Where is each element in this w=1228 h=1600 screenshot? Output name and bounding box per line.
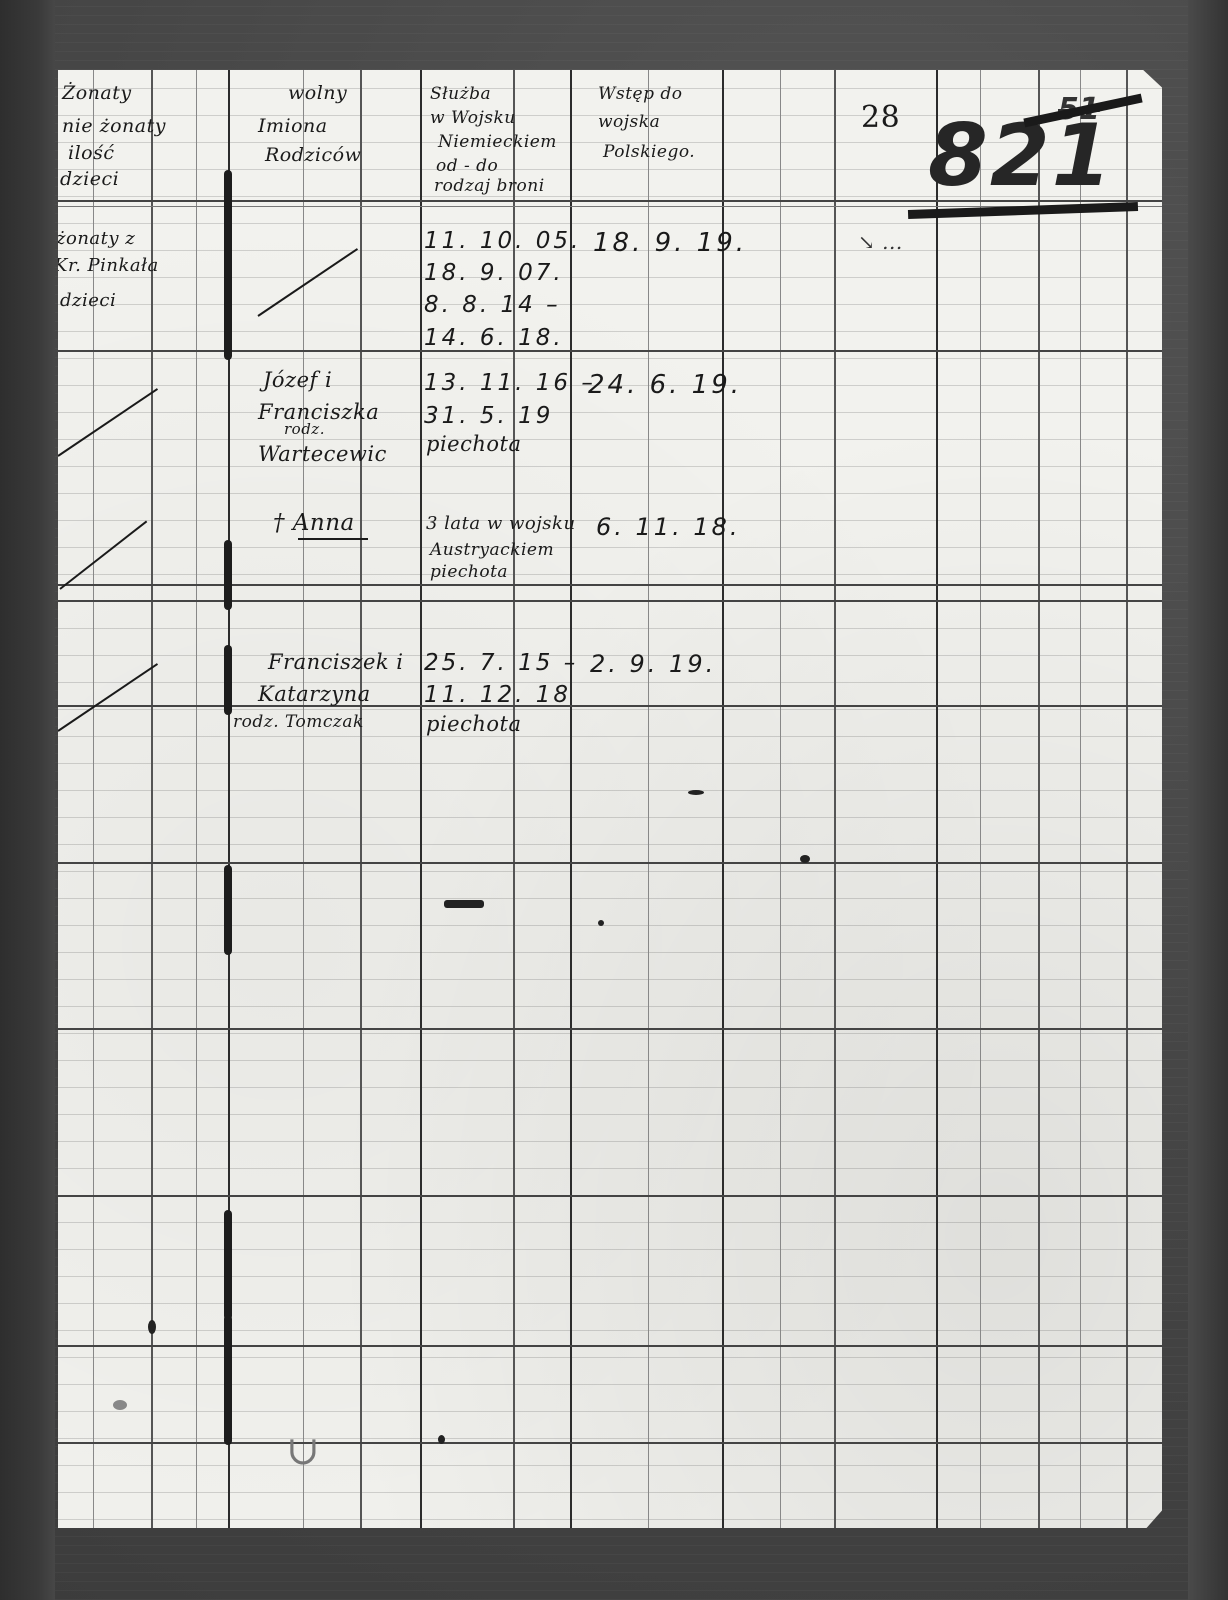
column-rule: [648, 70, 649, 1528]
column-rule: [196, 70, 197, 1528]
ink-speck: [598, 920, 604, 926]
pencil-squiggle: ∪: [286, 1428, 320, 1474]
column-rule: [513, 70, 515, 1528]
ink-speck: [438, 1435, 445, 1444]
binding-thread: [224, 170, 232, 360]
blank-entry-slash: [57, 663, 158, 732]
column-rule: [936, 70, 938, 1528]
scan-right-shadow: [1188, 0, 1228, 1600]
row-rule: [58, 1028, 1162, 1030]
ink-speck: [688, 790, 704, 795]
binding-thread: [224, 865, 232, 955]
ink-speck: [444, 900, 484, 908]
ink-speck: [113, 1400, 127, 1410]
column-rule: [1080, 70, 1081, 1528]
ink-speck: [148, 1320, 156, 1334]
name-underline: [298, 538, 368, 540]
blank-entry-slash: [59, 520, 147, 589]
column-rule: [1126, 70, 1128, 1528]
column-rule: [834, 70, 836, 1528]
blank-entry-slash: [57, 388, 158, 457]
column-rule-service: [420, 70, 422, 1528]
row-rule: [58, 862, 1162, 864]
column-rule: [360, 70, 362, 1528]
ink-speck: [800, 855, 810, 863]
binding-thread: [224, 1315, 232, 1445]
column-rule-polish-entry: [570, 70, 572, 1528]
column-rule: [780, 70, 781, 1528]
binding-thread: [224, 645, 232, 715]
column-rule: [722, 70, 724, 1528]
column-rule: [980, 70, 981, 1528]
page-number: 28: [861, 100, 900, 135]
column-rule: [1038, 70, 1040, 1528]
binding-thread: [224, 540, 232, 610]
row-rule: [58, 1195, 1162, 1197]
binding-thread: [224, 1210, 232, 1320]
column-rule: [151, 70, 153, 1528]
register-page: Żonaty nie żonaty ilość dzieci wolny Imi…: [58, 70, 1162, 1528]
folio-stamp: 821: [928, 106, 1114, 206]
blank-entry-slash: [257, 248, 358, 317]
column-rule: [303, 70, 304, 1528]
column-rule: [93, 70, 94, 1528]
scan-left-shadow: [0, 0, 55, 1600]
stray-mark: ↘ ...: [858, 230, 903, 254]
